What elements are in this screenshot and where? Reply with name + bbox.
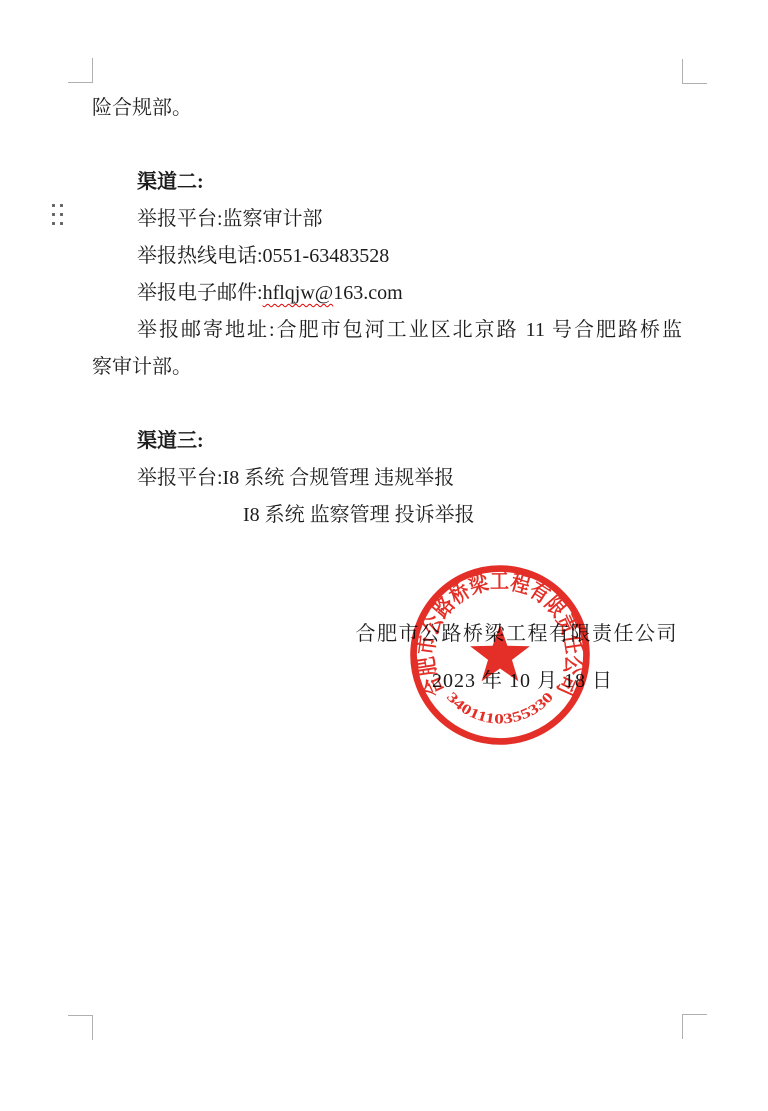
seal-code-text: 3401110355330 <box>443 689 557 727</box>
crop-mark-bottom-left <box>68 1015 93 1040</box>
handle-dot <box>60 204 63 207</box>
handle-dot <box>52 213 55 216</box>
drag-handle-icon[interactable] <box>52 204 63 225</box>
channel2-hotline: 举报热线电话:0551-63483528 <box>92 238 682 275</box>
email-flagged-text: hflqjw@ <box>263 282 334 304</box>
channel3-platform-line2: I8 系统 监察管理 投诉举报 <box>92 497 682 534</box>
company-seal: 合肥市公路桥梁工程有限责任公司 3401110355330 <box>405 560 595 750</box>
crop-mark-bottom-right <box>682 1014 707 1039</box>
handle-dot <box>60 213 63 216</box>
seal-star-icon <box>470 625 530 682</box>
email-label: 举报电子邮件: <box>137 282 263 304</box>
channel2-email-line: 举报电子邮件:hflqjw@163.com <box>92 275 682 312</box>
channel2-mail-address-line2: 察审计部。 <box>92 349 682 386</box>
email-rest: 163.com <box>333 282 402 304</box>
handle-dot <box>52 204 55 207</box>
channel2-mail-address-line1: 举报邮寄地址:合肥市包河工业区北京路 11 号合肥路桥监 <box>92 312 682 349</box>
channel3-platform-line1: 举报平台:I8 系统 合规管理 违规举报 <box>92 460 682 497</box>
document-page: 险合规部。 渠道二: 举报平台:监察审计部 举报热线电话:0551-634835… <box>0 0 768 1111</box>
channel2-platform: 举报平台:监察审计部 <box>92 201 682 238</box>
blank-line <box>92 386 682 423</box>
channel2-heading: 渠道二: <box>92 164 682 201</box>
document-body: 险合规部。 渠道二: 举报平台:监察审计部 举报热线电话:0551-634835… <box>92 90 682 534</box>
crop-mark-top-left <box>68 58 93 83</box>
handle-dot <box>52 222 55 225</box>
channel3-heading: 渠道三: <box>92 423 682 460</box>
paragraph-continuation: 险合规部。 <box>92 90 682 127</box>
crop-mark-top-right <box>682 59 707 84</box>
handle-dot <box>60 222 63 225</box>
blank-line <box>92 127 682 164</box>
